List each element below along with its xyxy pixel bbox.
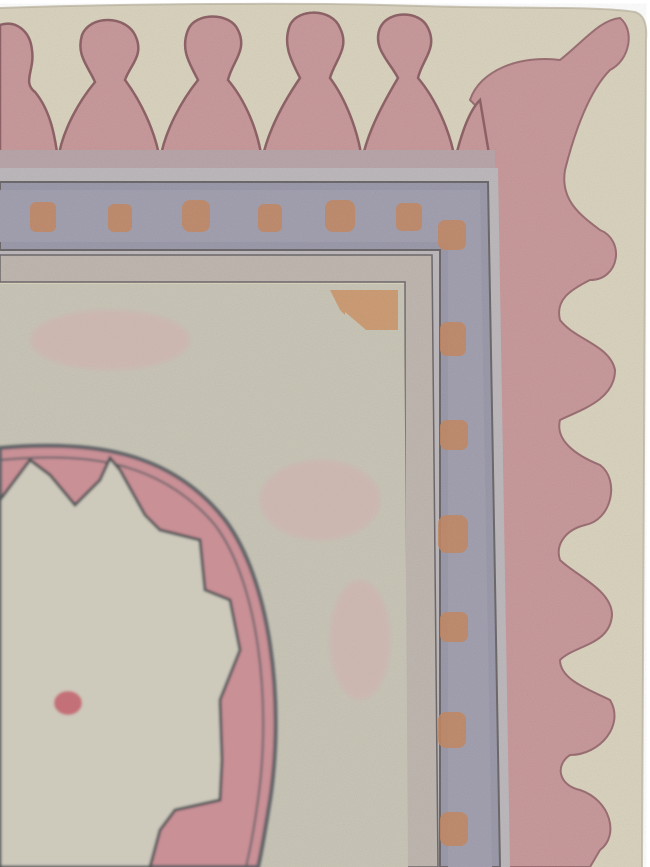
rug-photo: [0, 0, 650, 867]
rug-illustration: [0, 0, 650, 867]
